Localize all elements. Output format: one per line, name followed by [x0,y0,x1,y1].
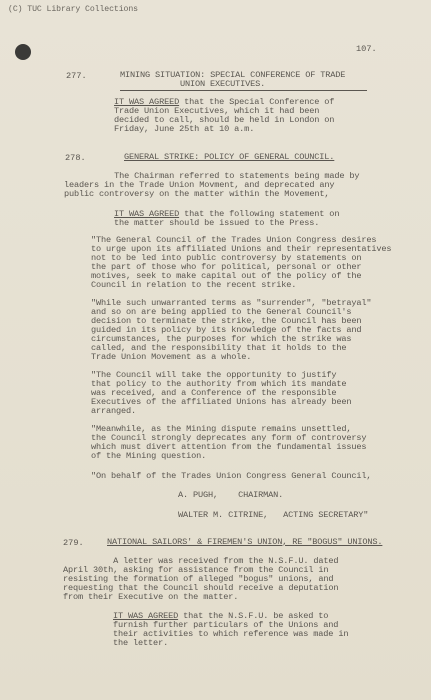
minute-title: NATIONAL SAILORS' & FIREMEN'S UNION, RE … [107,538,382,547]
title-underline [120,90,367,91]
intro-line: from their Executive on the matter. [63,593,238,602]
resolution-line: Friday, June 25th at 10 a.m. [114,125,254,134]
statement-line: arranged. [91,407,136,416]
punch-hole [15,44,31,60]
minute-number: 277. [66,71,87,81]
minute-title-line2: UNION EXECUTIVES. [180,80,265,89]
intro-line: public controversy on the matter within … [64,190,329,199]
page-number: 107. [356,44,377,54]
resolution-line: the matter should be issued to the Press… [114,219,319,228]
copyright-watermark: (C) TUC Library Collections [8,5,138,14]
signature-chairman: A. PUGH, CHAIRMAN. [178,491,283,500]
minute-number: 279. [63,538,84,548]
statement-line: Council in relation to the recent strike… [91,281,296,290]
resolution-line: the letter. [113,639,168,648]
document-page: (C) TUC Library Collections 107. 277. MI… [0,0,431,700]
minute-number: 278. [65,153,86,163]
minute-title: GENERAL STRIKE: POLICY OF GENERAL COUNCI… [124,153,334,162]
signature-secretary: WALTER M. CITRINE, ACTING SECRETARY" [178,511,368,520]
statement-line: "On behalf of the Trades Union Congress … [91,472,371,481]
statement-line: Trade Union Movement as a whole. [91,353,251,362]
statement-line: of the Mining question. [91,452,206,461]
